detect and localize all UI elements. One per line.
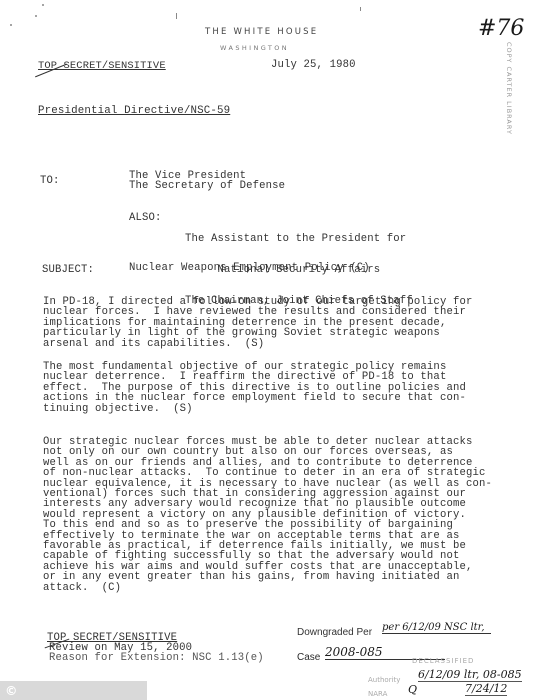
downgraded-label: Downgraded Per: [297, 627, 372, 638]
downgraded-handwritten: per 6/12/09 NSC ltr,: [382, 622, 491, 634]
recipient: The Secretary of Defense: [129, 181, 285, 191]
handwritten-document-number: #76: [478, 16, 524, 41]
body-paragraph-3: Our strategic nuclear forces must be abl…: [43, 437, 513, 593]
scan-speck: [360, 7, 361, 11]
body-paragraph-2: The most fundamental objective of our st…: [43, 362, 513, 414]
subject-label: SUBJECT:: [42, 265, 94, 275]
declassified-stamp: DECLASSIFIED: [412, 657, 474, 665]
letterhead-subtitle: WASHINGTON: [220, 44, 289, 52]
footer-extension-reason: Reason for Extension: NSC 1.13(e): [49, 653, 264, 663]
case-label: Case: [297, 652, 320, 663]
side-archive-stamp: COPY CARTER LIBRARY: [505, 42, 513, 135]
authority-label: Authority: [368, 676, 400, 684]
scan-speck: [10, 24, 12, 26]
also-line: The Assistant to the President for: [185, 234, 413, 244]
subject-text: Nuclear Weapons Employment Policy (C): [129, 263, 370, 273]
document-date: July 25, 1980: [271, 60, 356, 70]
also-label: ALSO:: [129, 213, 162, 223]
to-label: TO:: [40, 176, 60, 186]
nara-date-handwritten: 7/24/12: [465, 682, 507, 696]
scan-speck: [35, 15, 37, 17]
letterhead-title: THE WHITE HOUSE: [205, 27, 318, 37]
body-paragraph-1: In PD-18, I directed a follow-on study o…: [43, 297, 513, 349]
directive-title: Presidential Directive/NSC-59: [38, 106, 230, 116]
nara-initial-handwritten: Q: [408, 683, 417, 696]
authority-handwritten: 6/12/09 ltr, 08-085: [418, 668, 522, 682]
scan-speck: [42, 4, 44, 6]
scan-speck: [176, 13, 177, 19]
to-recipients: The Vice President The Secretary of Defe…: [129, 171, 285, 192]
source-watermark: © Foreignpolicy.com: [0, 681, 147, 700]
nara-label: NARA: [368, 690, 387, 698]
